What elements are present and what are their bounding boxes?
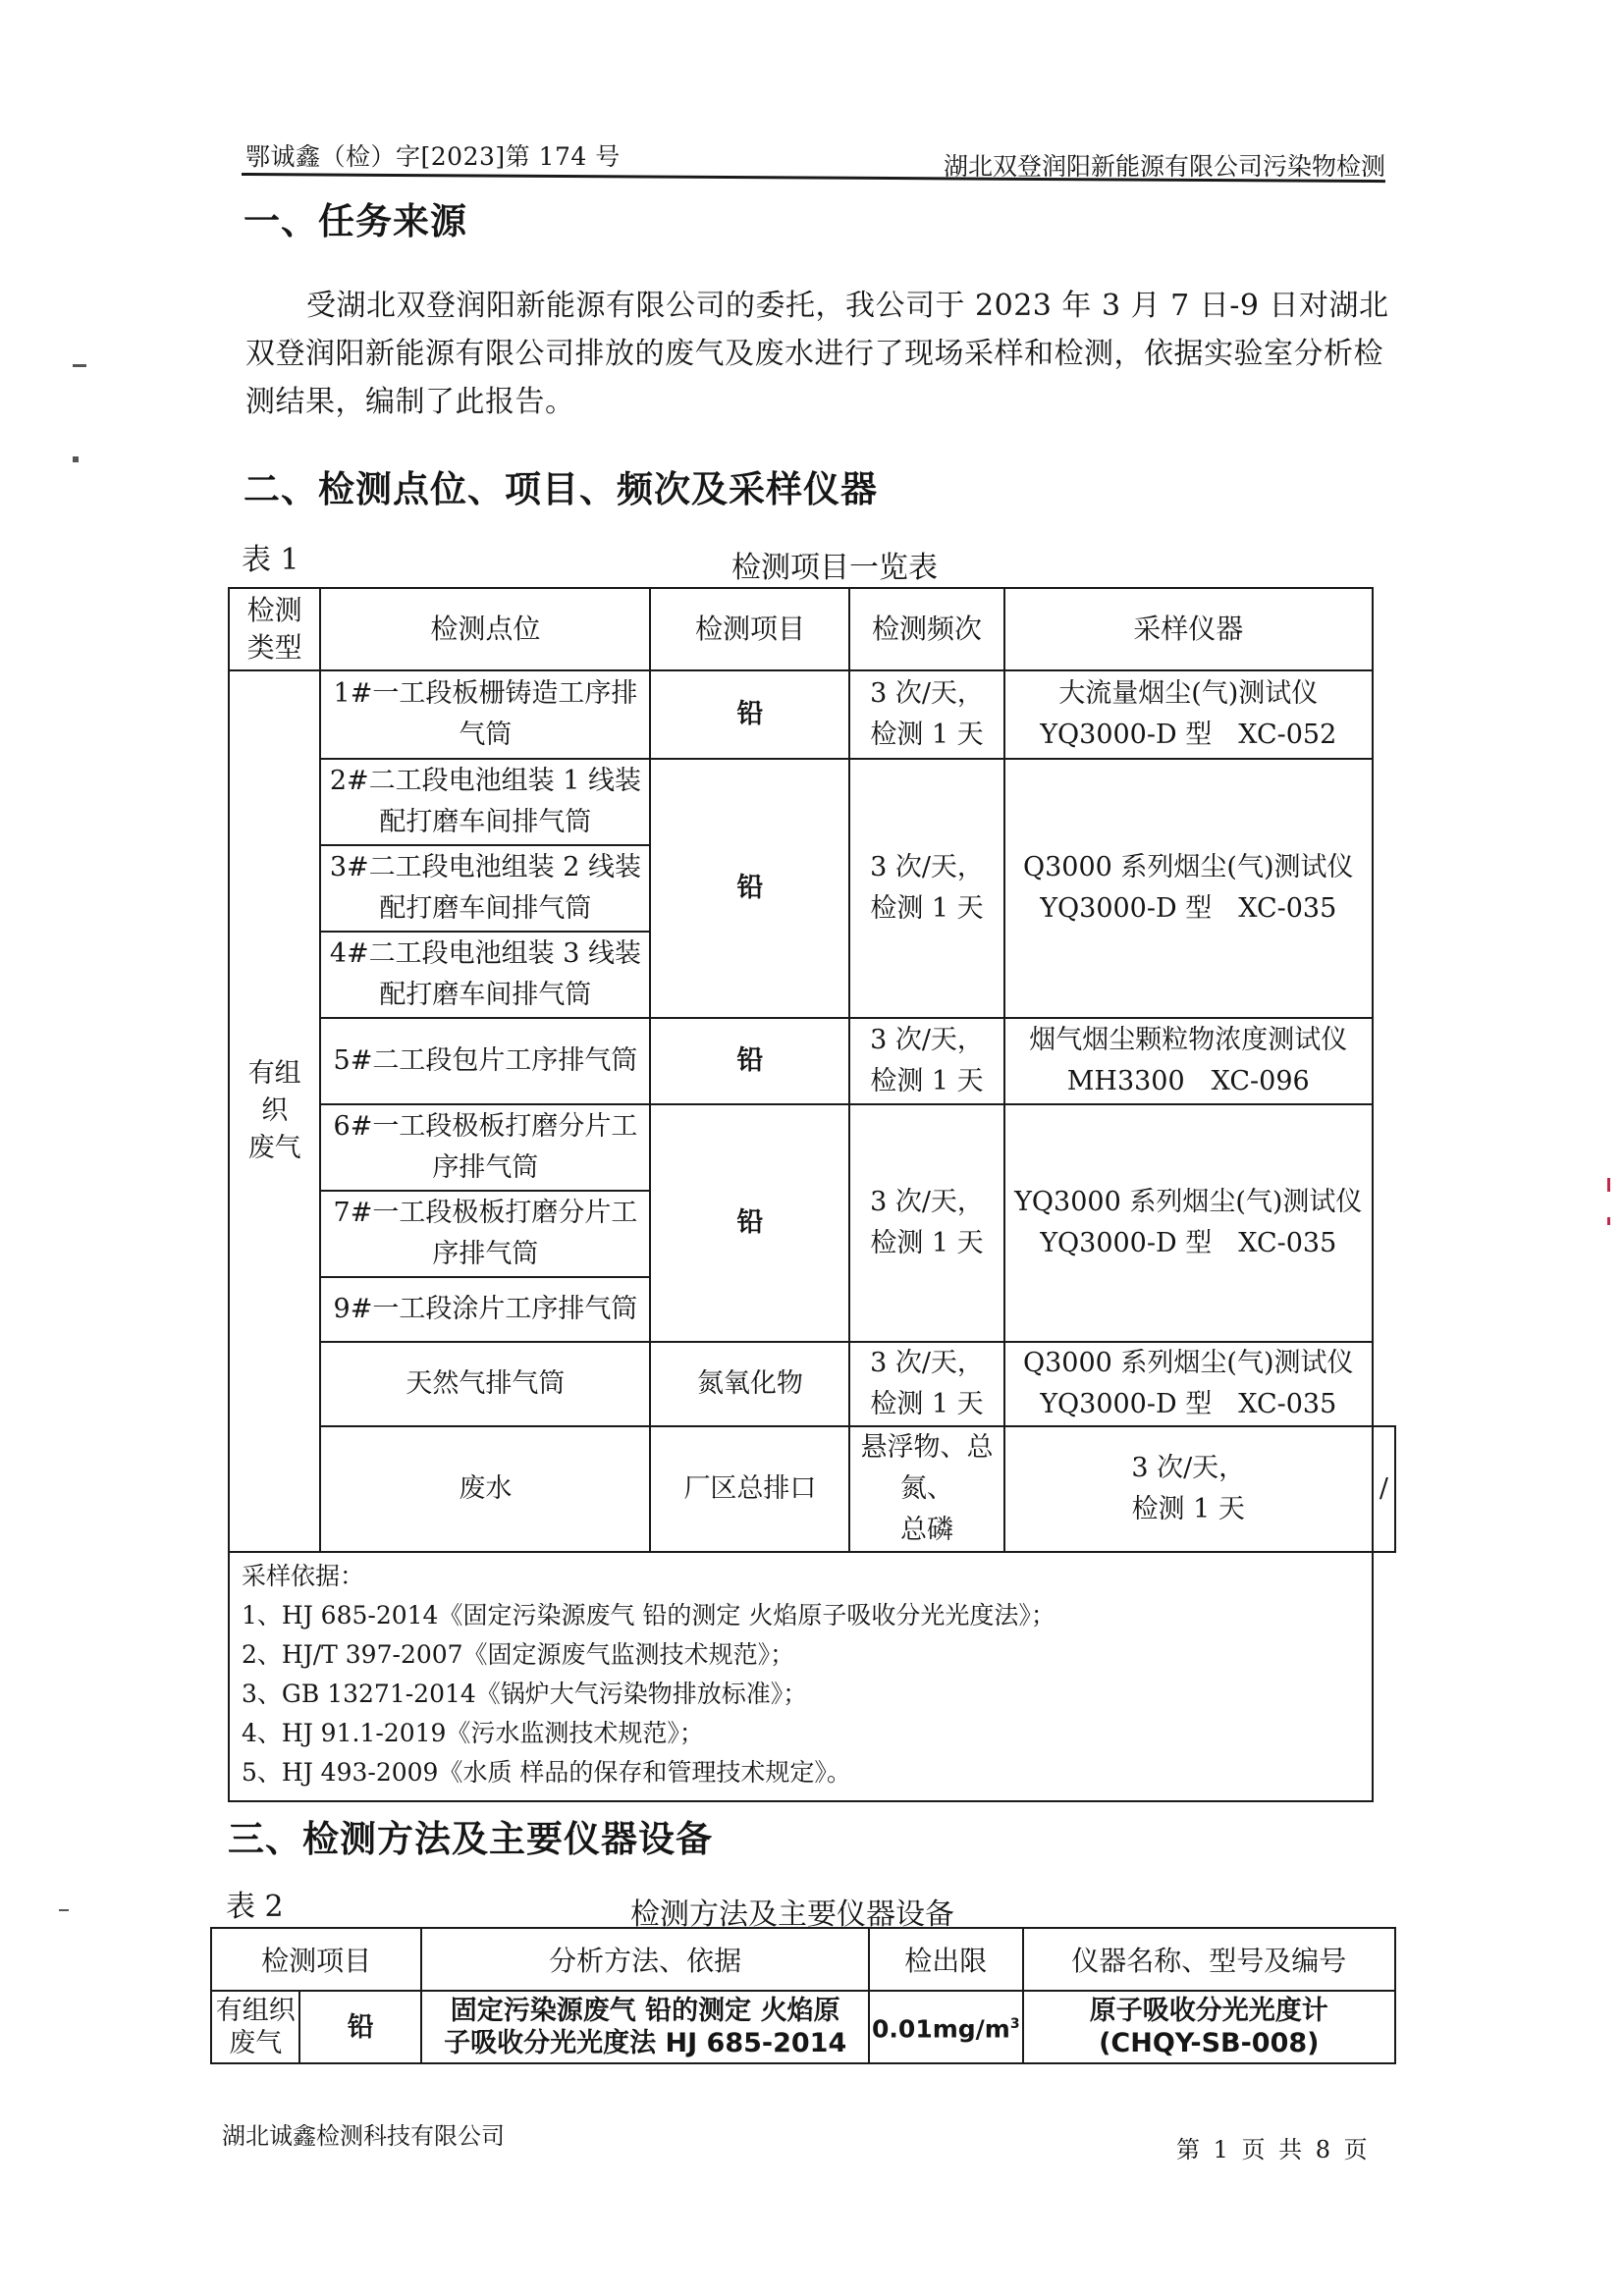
item-cell: 铅 [650, 759, 849, 1018]
instrument-cell: 大流量烟尘(气)测试仪YQ3000-D 型 XC-052 [1004, 670, 1373, 759]
table-row: 6#一工段极板打磨分片工序排气筒 铅 3 次/天，检测 1 天 YQ3000 系… [229, 1104, 1395, 1191]
item-cell: 氮氧化物 [650, 1342, 849, 1426]
table-1-caption: 检测项目一览表 [731, 543, 938, 586]
basis-item: 3、GB 13271-2014《锅炉大气污染物排放标准》； [242, 1675, 1360, 1714]
table-2-label: 表 2 [226, 1882, 284, 1925]
scan-speck [73, 364, 86, 367]
section-2-title: 二、检测点位、项目、频次及采样仪器 [243, 459, 878, 512]
frequency-cell: 3 次/天，检测 1 天 [1004, 1426, 1373, 1552]
table-row: 废水 厂区总排口 悬浮物、总氮、总磷 3 次/天，检测 1 天 / [229, 1426, 1395, 1552]
header-point: 检测点位 [320, 588, 650, 670]
table-row: 有组织 废气 1#一工段板栅铸造工序排气筒 铅 3 次/天，检测 1 天 大流量… [229, 670, 1395, 759]
item-cell: 悬浮物、总氮、总磷 [849, 1426, 1003, 1552]
point-cell: 3#二工段电池组装 2 线装配打磨车间排气筒 [320, 845, 650, 932]
table-header-row: 检测项目 分析方法、依据 检出限 仪器名称、型号及编号 [211, 1928, 1395, 1991]
basis-item: 4、HJ 91.1-2019《污水监测技术规范》； [242, 1714, 1360, 1753]
table-row: 2#二工段电池组装 1 线装配打磨车间排气筒 铅 3 次/天，检测 1 天 Q3… [229, 759, 1395, 845]
type-cell-organized-gas: 有组织 废气 [229, 670, 320, 1552]
instrument-cell: Q3000 系列烟尘(气)测试仪YQ3000-D 型 XC-035 [1004, 759, 1373, 1018]
item-cell: 铅 [650, 1018, 849, 1104]
paragraph-text: 受湖北双登润阳新能源有限公司的委托，我公司于 2023 年 3 月 7 日-9 … [245, 289, 1389, 419]
basis-title: 采样依据： [242, 1557, 1360, 1596]
instrument-cell: / [1373, 1426, 1395, 1552]
header-instrument: 仪器名称、型号及编号 [1023, 1928, 1395, 1991]
instrument-cell: YQ3000 系列烟尘(气)测试仪YQ3000-D 型 XC-035 [1004, 1104, 1373, 1342]
header-type: 检测 类型 [229, 588, 320, 670]
instrument-cell: 烟气烟尘颗粒物浓度测试仪MH3300 XC-096 [1004, 1018, 1373, 1104]
header-frequency: 检测频次 [849, 588, 1003, 670]
point-cell: 2#二工段电池组装 1 线装配打磨车间排气筒 [320, 759, 650, 845]
detection-items-table: 检测 类型 检测点位 检测项目 检测频次 采样仪器 有组织 废气 1#一工段板栅… [228, 587, 1396, 1802]
section-1-title: 一、任务来源 [243, 191, 467, 244]
frequency-cell: 3 次/天，检测 1 天 [849, 1342, 1003, 1426]
point-cell: 1#一工段板栅铸造工序排气筒 [320, 670, 650, 759]
instrument-cell: 原子吸收分光光度计(CHQY-SB-008) [1023, 1991, 1395, 2063]
point-cell: 6#一工段极板打磨分片工序排气筒 [320, 1104, 650, 1191]
basis-item: 5、HJ 493-2009《水质 样品的保存和管理技术规定》。 [242, 1753, 1360, 1792]
footer-page-number: 第 1 页 共 8 页 [1176, 2130, 1371, 2164]
header-method: 分析方法、依据 [421, 1928, 869, 1991]
scan-speck [73, 456, 79, 462]
table-row: 5#二工段包片工序排气筒 铅 3 次/天，检测 1 天 烟气烟尘颗粒物浓度测试仪… [229, 1018, 1395, 1104]
frequency-cell: 3 次/天，检测 1 天 [849, 670, 1003, 759]
header-item: 检测项目 [650, 588, 849, 670]
item-cell: 铅 [650, 670, 849, 759]
frequency-cell: 3 次/天，检测 1 天 [849, 759, 1003, 1018]
sampling-basis-row: 采样依据： 1、HJ 685-2014《固定污染源废气 铅的测定 火焰原子吸收分… [229, 1552, 1395, 1801]
point-cell: 天然气排气筒 [320, 1342, 650, 1426]
header-instrument: 采样仪器 [1004, 588, 1373, 670]
item-cell: 铅 [650, 1104, 849, 1342]
basis-item: 1、HJ 685-2014《固定污染源废气 铅的测定 火焰原子吸收分光光度法》； [242, 1596, 1360, 1635]
table-1-label: 表 1 [242, 535, 299, 578]
frequency-cell: 3 次/天，检测 1 天 [849, 1104, 1003, 1342]
category-cell: 有组织废气 [211, 1991, 299, 2063]
limit-cell: 0.01mg/m3 [869, 1991, 1023, 2063]
footer-company: 湖北诚鑫检测科技有限公司 [222, 2116, 505, 2151]
point-cell: 5#二工段包片工序排气筒 [320, 1018, 650, 1104]
section-1-paragraph: 受湖北双登润阳新能源有限公司的委托，我公司于 2023 年 3 月 7 日-9 … [245, 282, 1394, 426]
instrument-cell: Q3000 系列烟尘(气)测试仪YQ3000-D 型 XC-035 [1004, 1342, 1373, 1426]
basis-item: 2、HJ/T 397-2007《固定源废气监测技术规范》； [242, 1635, 1360, 1675]
header-detection-item: 检测项目 [211, 1928, 421, 1991]
table-header-row: 检测 类型 检测点位 检测项目 检测频次 采样仪器 [229, 588, 1395, 670]
header-limit: 检出限 [869, 1928, 1023, 1991]
scan-speck [59, 1909, 69, 1911]
type-cell-wastewater: 废水 [320, 1426, 650, 1552]
section-3-title: 三、检测方法及主要仪器设备 [228, 1809, 713, 1862]
point-cell: 9#一工段涂片工序排气筒 [320, 1277, 650, 1342]
methods-equipment-table: 检测项目 分析方法、依据 检出限 仪器名称、型号及编号 有组织废气 铅 固定污染… [210, 1927, 1396, 2064]
method-cell: 固定污染源废气 铅的测定 火焰原子吸收分光光度法 HJ 685-2014 [421, 1991, 869, 2063]
point-cell: 7#一工段极板打磨分片工序排气筒 [320, 1191, 650, 1277]
point-cell: 4#二工段电池组装 3 线装配打磨车间排气筒 [320, 932, 650, 1018]
table-row: 天然气排气筒 氮氧化物 3 次/天，检测 1 天 Q3000 系列烟尘(气)测试… [229, 1342, 1395, 1426]
frequency-cell: 3 次/天，检测 1 天 [849, 1018, 1003, 1104]
item-cell: 铅 [299, 1991, 421, 2063]
table-row: 有组织废气 铅 固定污染源废气 铅的测定 火焰原子吸收分光光度法 HJ 685-… [211, 1991, 1395, 2063]
seal-edge-mark [1607, 1217, 1610, 1225]
report-number: 鄂诚鑫（检）字[2023]第 174 号 [245, 137, 621, 173]
sampling-basis-cell: 采样依据： 1、HJ 685-2014《固定污染源废气 铅的测定 火焰原子吸收分… [229, 1552, 1373, 1801]
seal-edge-mark [1607, 1178, 1610, 1192]
point-cell: 厂区总排口 [650, 1426, 849, 1552]
